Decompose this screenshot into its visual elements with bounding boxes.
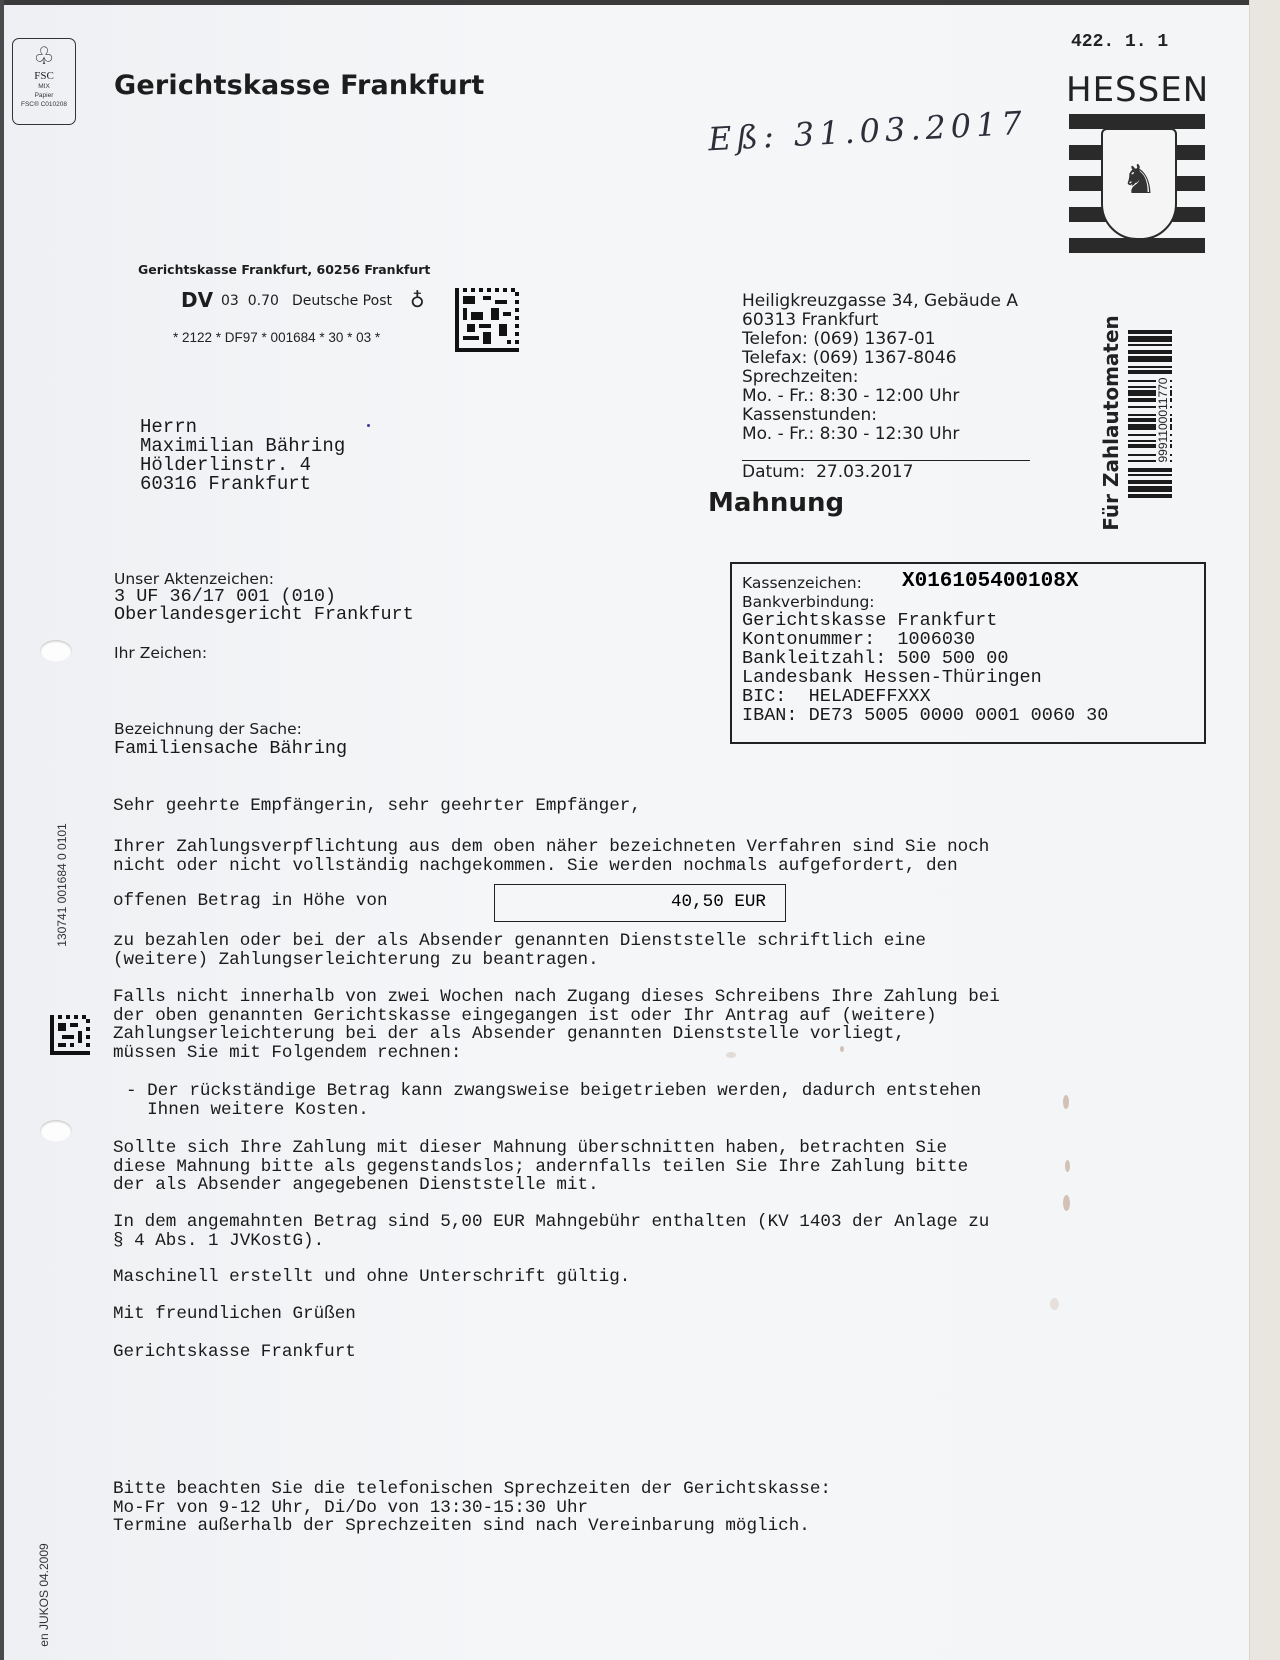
closing: Mit freundlichen Grüßen [113,1305,356,1324]
stain [1063,1195,1070,1211]
hessen-logo: ♞ [1069,114,1205,252]
stain [840,1046,844,1052]
contact-block: Heiligkreuzgasse 34, Gebäude A 60313 Fra… [742,292,1018,444]
stain [1050,1298,1059,1310]
scan-edge-top [0,0,1280,5]
cash-reference-value: X016105400108X [902,570,1078,593]
sender-line: Gerichtskasse Frankfurt, 60256 Frankfurt [138,262,430,277]
payment-machine-label: Für Zahlautomaten [1096,310,1126,535]
amount-value: 40,50 EUR [494,892,766,912]
fsc-tree-icon: ♧ [13,43,75,71]
punch-hole [40,1120,72,1142]
paragraph-5: In dem angemahnten Betrag sind 5,00 EUR … [113,1213,989,1250]
amount-label: offenen Betrag in Höhe von [113,892,388,911]
subject-value: Familiensache Bähring [114,738,347,759]
date-field: Datum: 27.03.2017 [742,460,913,482]
salutation: Sehr geehrte Empfängerin, sehr geehrter … [113,797,641,816]
bank-account-holder: Gerichtskasse Frankfurt [742,611,1108,630]
form-number: 422. 1. 1 [1071,32,1168,52]
paragraph-2: zu bezahlen oder bei der als Absender ge… [113,932,926,969]
postage-carrier: Deutsche Post [292,293,392,309]
cash-hours-label: Kassenstunden: [742,406,1018,425]
document-type: Mahnung [708,488,844,518]
paragraph-1: Ihrer Zahlungsverpflichtung aus dem oben… [113,838,989,875]
form-footer-code: en JUKOS 04.2009 [34,1525,54,1660]
punch-hole [40,640,72,662]
fsc-mix: MIX [13,82,75,91]
scan-edge-right [1249,0,1280,1660]
bank-iban: IBAN: DE73 5005 0000 0001 0060 30 [742,706,1108,725]
stain [1063,1095,1069,1109]
margin-code: 130741 001684 0 0101 [52,800,72,970]
payment-machine-text: Für Zahlautomaten [1099,315,1123,531]
postage-codes: 03 0.70 [221,293,279,309]
paragraph-3: Falls nicht innerhalb von zwei Wochen na… [113,988,1000,1062]
fsc-papier: Papier [13,91,75,100]
datamatrix-code [455,288,519,352]
signature: Gerichtskasse Frankfurt [113,1343,356,1362]
postage-dv: DV [181,288,213,312]
footer-note: Bitte beachten Sie die telefonischen Spr… [113,1480,831,1536]
subject-label: Bezeichnung der Sache: [114,720,302,738]
barcode-number-text: 9991100011770 [1156,376,1170,465]
bank-label: Bankverbindung: [742,594,1108,611]
hessen-lion-icon: ♞ [1101,128,1177,240]
state-name: HESSEN [1066,70,1209,110]
ink-dot [367,424,370,427]
contact-fax: Telefax: (069) 1367-8046 [742,349,1018,368]
our-ref-value: 3 UF 36/17 001 (010) Oberlandesgericht F… [114,588,414,624]
your-ref-label: Ihr Zeichen: [114,644,207,662]
margin-code-text: 130741 001684 0 0101 [55,823,69,946]
bank-bic: BIC: HELADEFFXXX [742,687,1108,706]
office-hours-label: Sprechzeiten: [742,368,1018,387]
fsc-logo: ♧ FSC MIX Papier FSC® C010208 [12,38,76,125]
margin-datamatrix [50,1015,90,1055]
postage-stamp-line: * 2122 * DF97 * 001684 * 30 * 03 * [173,330,380,345]
cash-hours-value: Mo. - Fr.: 8:30 - 12:30 Uhr [742,425,1018,444]
bank-name: Landesbank Hessen-Thüringen [742,668,1108,687]
machine-note: Maschinell erstellt und ohne Unterschrif… [113,1268,630,1287]
letterhead-title: Gerichtskasse Frankfurt [114,70,485,101]
paragraph-4: Sollte sich Ihre Zahlung mit dieser Mahn… [113,1139,968,1195]
date-label: Datum: [742,462,805,482]
contact-street: Heiligkreuzgasse 34, Gebäude A [742,292,1018,311]
post-horn-icon: ♁ [410,288,425,313]
fsc-code: FSC® C010208 [13,100,75,109]
our-ref-court: Oberlandesgericht Frankfurt [114,606,414,624]
letter-page: ♧ FSC MIX Papier FSC® C010208 Gerichtska… [0,0,1280,1660]
office-hours-value: Mo. - Fr.: 8:30 - 12:00 Uhr [742,387,1018,406]
recipient-address: Herrn Maximilian Bähring Hölderlinstr. 4… [140,418,345,494]
bank-details: Bankverbindung: Gerichtskasse Frankfurt … [742,594,1108,725]
barcode-number: 9991100011770 [1152,350,1174,490]
date-value: 27.03.2017 [816,462,913,482]
bank-code: Bankleitzahl: 500 500 00 [742,649,1108,668]
stain [1065,1160,1070,1172]
fsc-label: FSC [13,71,75,82]
bank-account-number: Kontonummer: 1006030 [742,630,1108,649]
contact-phone: Telefon: (069) 1367-01 [742,330,1018,349]
recipient-city: 60316 Frankfurt [140,475,345,494]
stain [726,1052,736,1058]
contact-city: 60313 Frankfurt [742,311,1018,330]
form-footer-text: en JUKOS 04.2009 [37,1543,51,1646]
bullet-consequence: - Der rückständige Betrag kann zwangswei… [126,1082,981,1119]
handwritten-received-note: Eß: 31.03.2017 [707,104,1027,159]
scan-edge-left [0,0,4,1660]
cash-reference-label: Kassenzeichen: [742,574,862,592]
